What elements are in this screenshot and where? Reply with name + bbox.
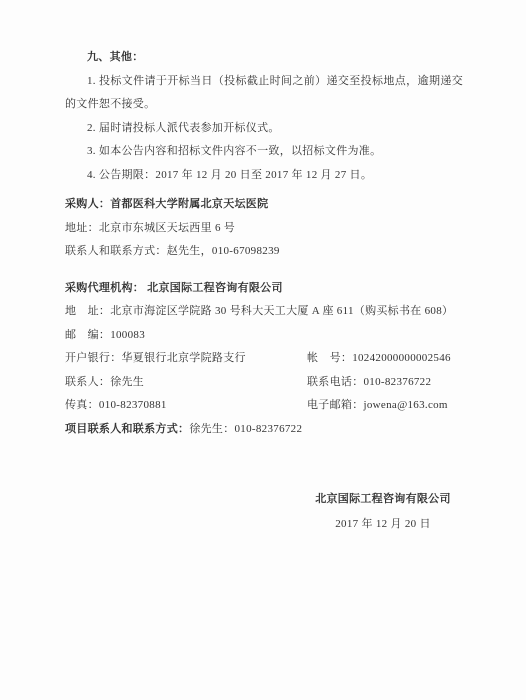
agency-phone-line: 联系电话：010-82376722 — [307, 371, 463, 395]
agency-account-line: 帐 号：10242000000002546 — [307, 347, 463, 371]
purchaser-contact: 赵先生，010-67098239 — [167, 245, 280, 257]
agency-email-line: 电子邮箱：jowena@163.com — [307, 394, 463, 418]
agency-fax-line: 传真：010-82370881 — [65, 394, 307, 418]
agency-postcode: 100083 — [110, 329, 145, 341]
purchaser-title-line: 采购人：首都医科大学附属北京天坛医院 — [65, 193, 463, 217]
signature-date: 2017 年 12 月 20 日 — [308, 512, 458, 537]
project-contact: 徐先生：010-82376722 — [189, 423, 302, 435]
purchaser-name: 首都医科大学附属北京天坛医院 — [110, 198, 268, 210]
agency-section: 采购代理机构： 北京国际工程咨询有限公司 地 址：北京市海淀区学院路 30 号科… — [65, 277, 463, 442]
agency-fax-label: 传真： — [65, 399, 99, 411]
agency-name: 北京国际工程咨询有限公司 — [147, 282, 283, 294]
agency-bank-label: 开户银行： — [65, 352, 122, 364]
agency-title-line: 采购代理机构： 北京国际工程咨询有限公司 — [65, 277, 463, 301]
document-page: 九、其他： 1. 投标文件请于开标当日（投标截止时间之前）递交至投标地点，逾期递… — [0, 0, 526, 700]
agency-contact-phone-row: 联系人：徐先生 联系电话：010-82376722 — [65, 371, 463, 395]
document-content: 九、其他： 1. 投标文件请于开标当日（投标截止时间之前）递交至投标地点，逾期递… — [65, 46, 463, 537]
agency-address-label: 地 址： — [65, 305, 110, 317]
list-item-2: 2. 届时请投标人派代表参加开标仪式。 — [65, 117, 463, 141]
agency-address: 北京市海淀区学院路 30 号科大天工大厦 A 座 611（购买标书在 608） — [110, 305, 453, 317]
purchaser-contact-label: 联系人和联系方式： — [65, 245, 167, 257]
agency-fax: 010-82370881 — [99, 399, 167, 411]
project-contact-label: 项目联系人和联系方式： — [65, 423, 189, 435]
section-heading-other: 九、其他： — [65, 46, 463, 70]
agency-account: 10242000000002546 — [352, 352, 451, 364]
purchaser-address-line: 地址：北京市东城区天坛西里 6 号 — [65, 217, 463, 241]
agency-contact: 徐先生 — [110, 376, 144, 388]
agency-phone: 010-82376722 — [364, 376, 432, 388]
signature-block: 北京国际工程咨询有限公司 2017 年 12 月 20 日 — [308, 487, 458, 537]
agency-label: 采购代理机构： — [65, 282, 144, 294]
agency-phone-label: 联系电话： — [307, 376, 364, 388]
agency-bank-line: 开户银行：华夏银行北京学院路支行 — [65, 347, 307, 371]
agency-postcode-line: 邮 编：100083 — [65, 324, 463, 348]
purchaser-address: 北京市东城区天坛西里 6 号 — [99, 222, 235, 234]
purchaser-address-label: 地址： — [65, 222, 99, 234]
list-item-3: 3. 如本公告内容和招标文件内容不一致，以招标文件为准。 — [65, 140, 463, 164]
agency-contact-label: 联系人： — [65, 376, 110, 388]
agency-account-label: 帐 号： — [307, 352, 352, 364]
agency-bank-account-row: 开户银行：华夏银行北京学院路支行 帐 号：10242000000002546 — [65, 347, 463, 371]
agency-email-label: 电子邮箱： — [307, 399, 364, 411]
agency-contact-line: 联系人：徐先生 — [65, 371, 307, 395]
agency-email: jowena@163.com — [364, 399, 448, 411]
agency-postcode-label: 邮 编： — [65, 329, 110, 341]
agency-address-line: 地 址：北京市海淀区学院路 30 号科大天工大厦 A 座 611（购买标书在 6… — [65, 300, 463, 324]
purchaser-contact-line: 联系人和联系方式：赵先生，010-67098239 — [65, 240, 463, 264]
list-item-4: 4. 公告期限：2017 年 12 月 20 日至 2017 年 12 月 27… — [65, 164, 463, 188]
signature-company: 北京国际工程咨询有限公司 — [308, 487, 458, 512]
list-item-1: 1. 投标文件请于开标当日（投标截止时间之前）递交至投标地点，逾期递交的文件恕不… — [65, 70, 463, 117]
agency-fax-email-row: 传真：010-82370881 电子邮箱：jowena@163.com — [65, 394, 463, 418]
project-contact-line: 项目联系人和联系方式：徐先生：010-82376722 — [65, 418, 463, 442]
purchaser-section: 采购人：首都医科大学附属北京天坛医院 地址：北京市东城区天坛西里 6 号 联系人… — [65, 193, 463, 264]
agency-bank: 华夏银行北京学院路支行 — [122, 352, 246, 364]
purchaser-label: 采购人： — [65, 198, 110, 210]
